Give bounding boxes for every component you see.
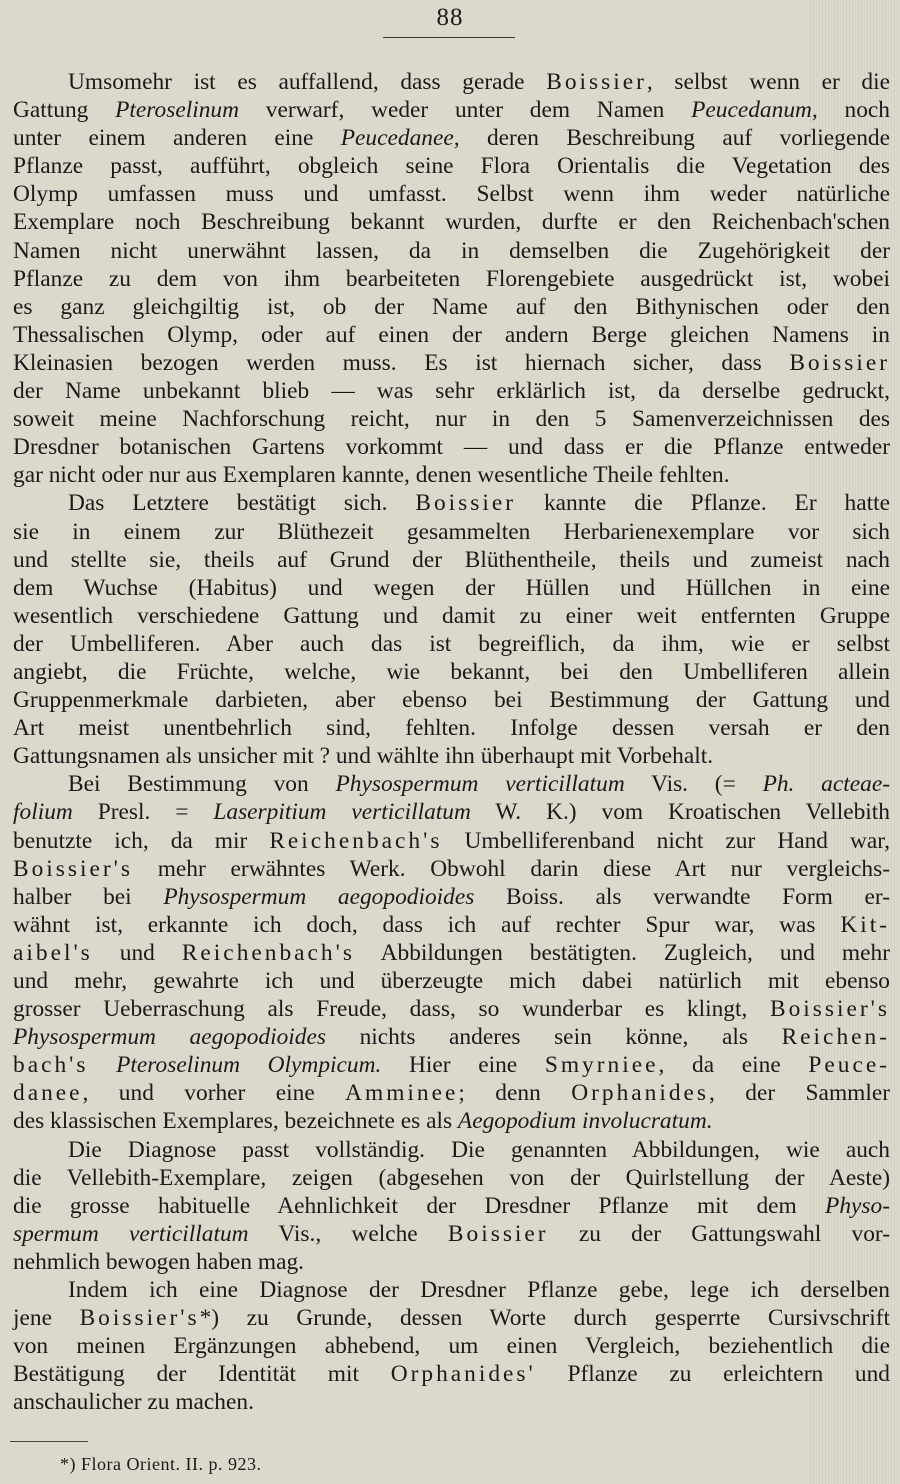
text-segment: Bei Bestimmung von [68, 771, 335, 797]
text-segment: Namen nicht unerwähnt lassen, da in dems… [13, 238, 890, 264]
italic-term: spermum verticillatum [13, 1221, 249, 1247]
spaced-name: Smyrniee [545, 1052, 659, 1078]
text-line: bach's Pteroselinum Olympicum. Hier eine… [13, 1051, 890, 1079]
text-segment: halber bei [13, 884, 163, 910]
spaced-name: Boissier's [80, 1305, 200, 1331]
text-segment: wähnt ist, erkannte ich doch, dass ich a… [13, 912, 840, 938]
text-line: Die Diagnose passt vollständig. Die gena… [13, 1136, 890, 1164]
spaced-name: aibel's [13, 940, 93, 966]
text-segment: und mehr, gewahrte ich und überzeugte mi… [13, 968, 890, 994]
text-segment: W. K.) vom Kroatischen Vellebith [471, 799, 890, 825]
text-segment: und stellte sie, theils auf Grund der Bl… [13, 547, 890, 573]
text-line: Dresdner botanischen Gartens vorkommt — … [13, 433, 890, 461]
text-segment: der Name unbekannt blieb — was sehr erkl… [13, 378, 890, 404]
text-line: benutzte ich, da mir Reichenbach's Umbel… [13, 827, 890, 855]
text-line: Physospermum aegopodioides nichts andere… [13, 1023, 890, 1051]
spaced-name: Boissier [415, 490, 516, 516]
text-line: Art meist unentbehrlich sind, fehlten. I… [13, 714, 890, 742]
text-segment: von meinen Ergänzungen abhebend, um eine… [13, 1333, 890, 1359]
text-segment: , da eine [659, 1052, 809, 1078]
text-line: Olymp umfassen muss und umfasst. Selbst … [13, 180, 890, 208]
text-line: Namen nicht unerwähnt lassen, da in dems… [13, 237, 890, 265]
spaced-name: Reichenbach's [182, 940, 355, 966]
footnote-rule [10, 1441, 88, 1442]
text-line: Das Letztere bestätigt sich. Boissier ka… [13, 489, 890, 517]
text-line: Bestätigung der Identität mit Orphanides… [13, 1360, 890, 1388]
spaced-name: Boissier [448, 1221, 549, 1247]
italic-term: Peucedanum, [691, 97, 818, 123]
italic-term: Physo- [825, 1193, 890, 1219]
text-segment: Umsomehr ist es auffallend, dass gerade [68, 69, 546, 95]
text-segment: Gattung [13, 97, 115, 123]
text-segment: Vis., welche [249, 1221, 448, 1247]
spaced-name: Reichen- [782, 1024, 890, 1050]
text-line: der Umbelliferen. Aber auch das ist begr… [13, 630, 890, 658]
italic-term: Pteroselinum [115, 97, 239, 123]
text-line: Thessalischen Olymp, oder auf einen der … [13, 321, 890, 349]
text-segment: jene [13, 1305, 80, 1331]
text-line: Pflanze passt, aufführt, obgleich seine … [13, 152, 890, 180]
text-segment: Bestätigung der Identität mit [13, 1361, 391, 1387]
italic-term: Aegopodium involucratum. [458, 1108, 713, 1134]
text-segment: Thessalischen Olymp, oder auf einen der … [13, 322, 890, 348]
text-segment: Olymp umfassen muss und umfasst. Selbst … [13, 181, 890, 207]
text-segment: und [93, 940, 182, 966]
text-segment: Das Letztere bestätigt sich. [68, 490, 415, 516]
spaced-name: Orphanides' [391, 1361, 536, 1387]
text-segment: es ganz gleichgiltig ist, ob der Name au… [13, 294, 890, 320]
text-segment: Kleinasien bezogen werden muss. Es ist h… [13, 350, 789, 376]
text-segment: Gattungsnamen als unsicher mit ? und wäh… [13, 743, 713, 769]
text-segment: Indem ich eine Diagnose der Dresdner Pfl… [68, 1277, 890, 1303]
text-line: Kleinasien bezogen werden muss. Es ist h… [13, 349, 890, 377]
paragraph-5: Indem ich eine Diagnose der Dresdner Pfl… [13, 1276, 890, 1416]
text-segment: Dresdner botanischen Gartens vorkommt — … [13, 434, 890, 460]
spaced-name: Boissier [546, 69, 647, 95]
text-segment: Boiss. als verwandte Form er- [474, 884, 890, 910]
text-line: spermum verticillatum Vis., welche Boiss… [13, 1220, 890, 1248]
text-segment: grosser Ueberraschung als Freude, dass, … [13, 996, 770, 1022]
spaced-name: danee [13, 1080, 83, 1106]
body-text: Umsomehr ist es auffallend, dass gerade … [13, 68, 890, 1417]
text-segment: Art meist unentbehrlich sind, fehlten. I… [13, 715, 890, 741]
text-segment: kannte die Pflanze. Er hatte [516, 490, 890, 516]
italic-term: folium [13, 799, 73, 825]
text-segment: noch [818, 97, 890, 123]
spaced-name: Boissier [789, 350, 890, 376]
text-line: die grosse habituelle Aehnlichkeit der D… [13, 1192, 890, 1220]
paragraph-4: Die Diagnose passt vollständig. Die gena… [13, 1136, 890, 1276]
text-segment: des klassischen Exemplares, bezeichnete … [13, 1108, 458, 1134]
spaced-name: Boissier's [13, 856, 133, 882]
spaced-name: Kit- [840, 912, 890, 938]
italic-term: Ph. acteae- [763, 771, 890, 797]
text-segment: anschaulicher zu machen. [13, 1389, 254, 1415]
text-segment: , und vorher eine [83, 1080, 346, 1106]
page-header: 88 [0, 0, 900, 32]
text-segment: Hier eine [381, 1052, 545, 1078]
text-segment: Pflanze passt, aufführt, obgleich seine … [13, 153, 890, 179]
text-line: des klassischen Exemplares, bezeichnete … [13, 1107, 890, 1135]
paragraph-2: Das Letztere bestätigt sich. Boissier ka… [13, 489, 890, 770]
text-line: Gattungsnamen als unsicher mit ? und wäh… [13, 742, 890, 770]
text-segment: angiebt, die Früchte, welche, wie bekann… [13, 659, 890, 685]
spaced-name: Peuce- [808, 1052, 890, 1078]
text-line: wesentlich verschiedene Gattung und dami… [13, 602, 890, 630]
text-line: wähnt ist, erkannte ich doch, dass ich a… [13, 911, 890, 939]
text-segment: Abbildungen bestätigten. Zugleich, und m… [355, 940, 890, 966]
text-line: grosser Ueberraschung als Freude, dass, … [13, 995, 890, 1023]
text-line: nehmlich bewogen haben mag. [13, 1248, 890, 1276]
text-line: anschaulicher zu machen. [13, 1388, 890, 1416]
text-line: gar nicht oder nur aus Exemplaren kannte… [13, 461, 890, 489]
text-line: danee, und vorher eine Amminee; denn Orp… [13, 1079, 890, 1107]
text-line: unter einem anderen eine Peucedanee, der… [13, 124, 890, 152]
text-segment: nichts anderes sein könne, als [326, 1024, 782, 1050]
text-line: Bei Bestimmung von Physospermum verticil… [13, 770, 890, 798]
spaced-name: Orphanides [571, 1080, 709, 1106]
text-segment: , selbst wenn er die [647, 69, 890, 95]
text-line: Exemplare noch Beschreibung bekannt wurd… [13, 208, 890, 236]
text-segment: *) zu Grunde, dessen Worte durch gesperr… [200, 1305, 890, 1331]
text-segment: die Vellebith-Exemplare, zeigen (abgeseh… [13, 1165, 890, 1191]
text-segment: Presl. = [73, 799, 214, 825]
text-segment: Pflanze zu erleichtern und [536, 1361, 890, 1387]
italic-term: Physospermum verticillatum [335, 771, 624, 797]
text-segment: verwarf, weder unter dem Namen [239, 97, 691, 123]
text-segment: nehmlich bewogen haben mag. [13, 1249, 304, 1275]
text-line: von meinen Ergänzungen abhebend, um eine… [13, 1332, 890, 1360]
text-line: angiebt, die Früchte, welche, wie bekann… [13, 658, 890, 686]
text-segment: der Umbelliferen. Aber auch das ist begr… [13, 631, 890, 657]
text-segment: Gruppenmerkmale darbieten, aber ebenso b… [13, 687, 890, 713]
text-line: Pflanze zu dem von ihm bearbeiteten Flor… [13, 265, 890, 293]
text-line: sie in einem zur Blüthezeit gesammelten … [13, 518, 890, 546]
text-segment: gar nicht oder nur aus Exemplaren kannte… [13, 462, 730, 488]
spaced-name: bach's [13, 1052, 88, 1078]
text-segment: zu der Gattungswahl vor- [549, 1221, 890, 1247]
spaced-name: Amminee [345, 1080, 458, 1106]
italic-term: Physospermum aegopodioides [163, 884, 474, 910]
text-segment: Pflanze zu dem von ihm bearbeiteten Flor… [13, 266, 890, 292]
text-line: dem Wuchse (Habitus) und wegen der Hülle… [13, 574, 890, 602]
text-segment [88, 1052, 116, 1078]
header-rule [383, 37, 515, 38]
text-line: es ganz gleichgiltig ist, ob der Name au… [13, 293, 890, 321]
text-segment: , der Sammler [709, 1080, 890, 1106]
text-segment: wesentlich verschiedene Gattung und dami… [13, 603, 890, 629]
paragraph-3: Bei Bestimmung von Physospermum verticil… [13, 770, 890, 1135]
italic-term: Pteroselinum Olympicum. [116, 1052, 381, 1078]
text-segment: Die Diagnose passt vollständig. Die gena… [68, 1137, 890, 1163]
text-line: aibel's und Reichenbach's Abbildungen be… [13, 939, 890, 967]
text-segment: sie in einem zur Blüthezeit gesammelten … [13, 519, 890, 545]
text-line: halber bei Physospermum aegopodioides Bo… [13, 883, 890, 911]
text-segment: dem Wuchse (Habitus) und wegen der Hülle… [13, 575, 890, 601]
text-line: soweit meine Nachforschung reicht, nur i… [13, 405, 890, 433]
text-segment: ; denn [458, 1080, 571, 1106]
text-line: und stellte sie, theils auf Grund der Bl… [13, 546, 890, 574]
italic-term: Physospermum aegopodioides [13, 1024, 326, 1050]
text-segment: unter einem anderen eine [13, 125, 341, 151]
text-line: der Name unbekannt blieb — was sehr erkl… [13, 377, 890, 405]
paragraph-1: Umsomehr ist es auffallend, dass gerade … [13, 68, 890, 489]
text-line: und mehr, gewahrte ich und überzeugte mi… [13, 967, 890, 995]
text-line: folium Presl. = Laserpitium verticillatu… [13, 798, 890, 826]
text-line: Umsomehr ist es auffallend, dass gerade … [13, 68, 890, 96]
text-line: Boissier's mehr erwähntes Werk. Obwohl d… [13, 855, 890, 883]
text-segment: Vis. (= [625, 771, 763, 797]
text-segment: Exemplare noch Beschreibung bekannt wurd… [13, 209, 890, 235]
italic-term: Laserpitium verticillatum [213, 799, 471, 825]
italic-term: Peucedanee, [341, 125, 460, 151]
spaced-name: Boissier's [770, 996, 890, 1022]
footnote: *) Flora Orient. II. p. 923. [60, 1453, 261, 1475]
text-segment: benutzte ich, da mir [13, 828, 269, 854]
text-segment: soweit meine Nachforschung reicht, nur i… [13, 406, 890, 432]
page-number: 88 [437, 4, 464, 32]
text-line: jene Boissier's*) zu Grunde, dessen Wort… [13, 1304, 890, 1332]
text-line: die Vellebith-Exemplare, zeigen (abgeseh… [13, 1164, 890, 1192]
text-line: Gattung Pteroselinum verwarf, weder unte… [13, 96, 890, 124]
text-line: Gruppenmerkmale darbieten, aber ebenso b… [13, 686, 890, 714]
spaced-name: Reichenbach's [269, 828, 442, 854]
text-line: Indem ich eine Diagnose der Dresdner Pfl… [13, 1276, 890, 1304]
text-segment: die grosse habituelle Aehnlichkeit der D… [13, 1193, 825, 1219]
text-segment: deren Beschreibung auf vorliegende [460, 125, 890, 151]
text-segment: Umbelliferenband nicht zur Hand war, [442, 828, 890, 854]
text-segment: mehr erwähntes Werk. Obwohl darin diese … [133, 856, 890, 882]
